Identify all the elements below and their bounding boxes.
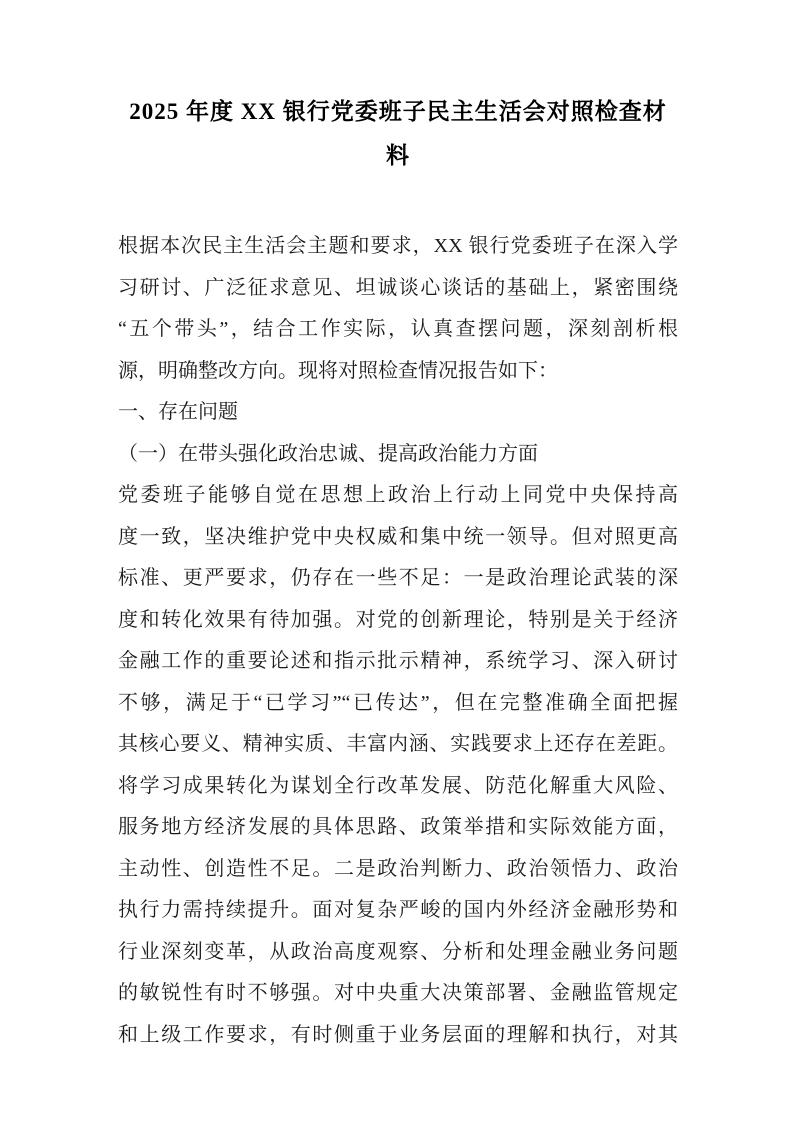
text-line: 习研讨、广泛征求意见、坦诚谈心谈话的基础上，紧密围绕 [118,268,678,310]
paragraph-intro: 根据本次民主生活会主题和要求，XX 银行党委班子在深入学习研讨、广泛征求意见、坦… [118,226,678,392]
text-line: 根据本次民主生活会主题和要求，XX 银行党委班子在深入学 [118,226,678,268]
text-line: 行业深刻变革，从政治高度观察、分析和处理金融业务问题 [118,932,678,974]
text-line: 金融工作的重要论述和指示批示精神，系统学习、深入研讨 [118,641,678,683]
text-line: 主动性、创造性不足。二是政治判断力、政治领悟力、政治 [118,849,678,891]
text-line: “五个带头”，结合工作实际，认真查摆问题，深刻剖析根 [118,309,678,351]
text-line: 不够，满足于“已学习”“已传达”，但在完整准确全面把握 [118,683,678,725]
text-line: 源，明确整改方向。现将对照检查情况报告如下： [118,351,678,393]
text-line: 和上级工作要求，有时侧重于业务层面的理解和执行，对其 [118,1015,678,1057]
text-line: 执行力需持续提升。面对复杂严峻的国内外经济金融形势和 [118,890,678,932]
text-line: 的敏锐性有时不够强。对中央重大决策部署、金融监管规定 [118,973,678,1015]
text-line: 将学习成果转化为谋划全行改革发展、防范化解重大风险、 [118,766,678,808]
text-line: 标准、更严要求，仍存在一些不足：一是政治理论武装的深 [118,558,678,600]
text-line: 其核心要义、精神实质、丰富内涵、实践要求上还存在差距。 [118,724,678,766]
document-title: 2025 年度 XX 银行党委班子民主生活会对照检查材料 [118,90,678,178]
document-content: 2025 年度 XX 银行党委班子民主生活会对照检查材料 根据本次民主生活会主题… [118,0,678,1056]
document-body: 根据本次民主生活会主题和要求，XX 银行党委班子在深入学习研讨、广泛征求意见、坦… [118,226,678,1056]
paragraph-section-1-heading: 一、存在问题 [118,392,678,434]
text-line: 党委班子能够自觉在思想上政治上行动上同党中央保持高 [118,475,678,517]
paragraph-subsection-1-heading: （一）在带头强化政治忠诚、提高政治能力方面 [118,434,678,476]
document-page: 2025 年度 XX 银行党委班子民主生活会对照检查材料 根据本次民主生活会主题… [0,0,793,1122]
text-line: 度一致，坚决维护党中央权威和集中统一领导。但对照更高 [118,517,678,559]
text-line: 度和转化效果有待加强。对党的创新理论，特别是关于经济 [118,600,678,642]
paragraph-subsection-1-body: 党委班子能够自觉在思想上政治上行动上同党中央保持高度一致，坚决维护党中央权威和集… [118,475,678,1056]
text-line: 一、存在问题 [118,392,678,434]
text-line: 服务地方经济发展的具体思路、政策举措和实际效能方面， [118,807,678,849]
text-line: （一）在带头强化政治忠诚、提高政治能力方面 [118,434,678,476]
